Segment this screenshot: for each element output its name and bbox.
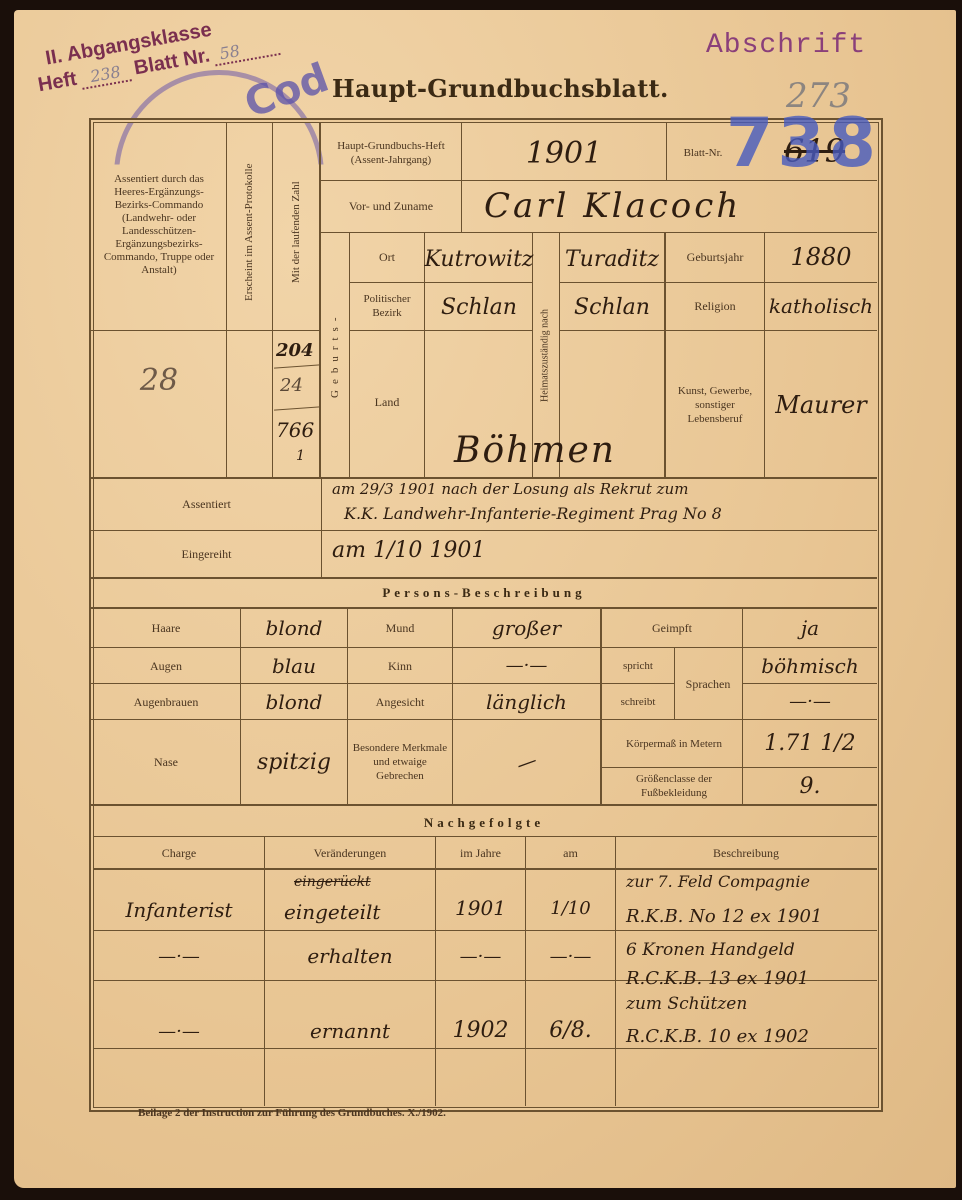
page-title: Haupt-Grundbuchsblatt. xyxy=(332,74,669,103)
beruf-label: Kunst, Gewerbe, sonstiger Lebensberuf xyxy=(667,340,763,470)
heft-value: 238 xyxy=(79,60,132,89)
nase-value: spitzig xyxy=(242,721,346,803)
bezirk-label: Politischer Bezirk xyxy=(351,284,423,328)
row1-beschreibung-1: zur 7. Feld Compagnie xyxy=(626,872,810,891)
row2-am: —·— xyxy=(526,934,615,978)
row1-charge: Infanterist xyxy=(94,892,264,928)
heft-jahrgang-label: Haupt-Grundbuchs-Heft (Assent-Jahrgang) xyxy=(324,128,458,178)
geburtsjahr-label: Geburtsjahr xyxy=(667,234,763,280)
laufende-zahl-3: 766 xyxy=(276,418,314,442)
schreibt-label: schreibt xyxy=(603,685,673,718)
augenbrauen-value: blond xyxy=(242,685,346,718)
col-jahr: im Jahre xyxy=(436,838,525,868)
col-am: am xyxy=(526,838,615,868)
name-value: Carl Klacoch xyxy=(484,186,741,226)
footer-note: Beilage 2 der Instruction zur Führung de… xyxy=(138,1106,446,1120)
col-beschreibung: Beschreibung xyxy=(616,838,876,868)
augen-value: blau xyxy=(242,649,346,682)
augenbrauen-label: Augenbrauen xyxy=(94,685,238,718)
land-label: Land xyxy=(351,332,423,472)
heft-jahrgang-value: 1901 xyxy=(464,128,664,178)
augen-label: Augen xyxy=(94,649,238,682)
abschrift-stamp: Abschrift xyxy=(706,30,866,61)
religion-label: Religion xyxy=(667,284,763,328)
eingereiht-label: Eingereiht xyxy=(94,532,319,576)
laufende-zahl-2: 24 xyxy=(280,375,303,396)
row2-beschreibung-1: 6 Kronen Handgeld xyxy=(626,940,795,960)
row3-beschreibung-1: zum Schützen xyxy=(626,994,747,1014)
row3-jahr: 1902 xyxy=(436,1014,525,1046)
assentiert-durch-label: Assentiert durch das Heeres-Ergänzungs-B… xyxy=(96,160,222,290)
kinn-value: —·— xyxy=(454,649,599,682)
row1-beschreibung-2: R.K.B. No 12 ex 1901 xyxy=(626,906,822,927)
haare-label: Haare xyxy=(94,611,238,645)
beruf-value: Maurer xyxy=(766,380,876,430)
groessenklasse-label: Größenclasse der Fußbekleidung xyxy=(614,769,734,803)
bezirk-heimat-value: Schlan xyxy=(560,286,664,328)
ort-heimat-value: Turaditz xyxy=(560,238,664,280)
row2-charge: —·— xyxy=(94,934,264,978)
eingereiht-value: am 1/10 1901 xyxy=(332,538,485,563)
row3-charge: —·— xyxy=(94,1016,264,1046)
laufende-zahl-1: 204 xyxy=(276,340,314,361)
geburts-group-label: Geburts- xyxy=(322,235,348,475)
spricht-label: spricht xyxy=(603,649,673,682)
row3-am: 6/8. xyxy=(526,1014,615,1046)
row1-veraenderung: eingeteilt xyxy=(284,900,380,924)
laufende-zahl-label: Mit der laufenden Zahl xyxy=(274,140,318,325)
row2-beschreibung-2: R.C.K.B. 13 ex 1901 xyxy=(626,968,809,989)
haare-value: blond xyxy=(242,611,346,645)
row2-jahr: —·— xyxy=(436,934,525,978)
assentiert-line-2: K.K. Landwehr-Infanterie-Regiment Prag N… xyxy=(344,504,722,523)
row1-jahr: 1901 xyxy=(436,890,525,926)
row1-veraenderung-struck: eingerückt xyxy=(294,874,371,890)
row3-veraenderung: ernannt xyxy=(265,1016,435,1046)
koerpermass-value: 1.71 1/2 xyxy=(744,721,876,766)
assentiert-durch-value: 28 xyxy=(96,350,222,410)
row3-beschreibung-2: R.C.K.B. 10 ex 1902 xyxy=(626,1026,809,1047)
document-page: II. Abgangsklasse Heft 238 Blatt Nr. 58 … xyxy=(14,10,956,1188)
geimpft-value: ja xyxy=(744,611,876,645)
schreibt-value: —·— xyxy=(744,685,876,718)
koerpermass-label: Körpermaß in Metern xyxy=(614,721,734,766)
angesicht-label: Angesicht xyxy=(349,685,451,718)
name-label: Vor- und Zuname xyxy=(324,182,458,230)
nachgefolgte-title: Nachgefolgte xyxy=(91,810,877,836)
groessenklasse-value: 9. xyxy=(744,769,876,803)
spricht-value: böhmisch xyxy=(744,649,876,682)
ort-geburt-value: Kutrowitz xyxy=(424,238,534,280)
erscheint-label: Erscheint im Assent-Protokolle xyxy=(228,140,270,325)
row1-am: 1/10 xyxy=(526,890,615,926)
row2-veraenderung: erhalten xyxy=(265,934,435,978)
blue-blatt-stamp: 738 xyxy=(726,104,880,183)
land-value: Böhmen xyxy=(454,430,616,471)
laufende-zahl-4: 1 xyxy=(296,448,305,464)
bezirk-geburt-value: Schlan xyxy=(424,286,534,328)
merkmale-label: Besondere Merkmale und etwaige Gebrechen xyxy=(350,721,450,803)
mund-label: Mund xyxy=(349,611,451,645)
col-veraenderungen: Veränderungen xyxy=(265,838,435,868)
geburtsjahr-value: 1880 xyxy=(766,234,876,280)
religion-value: katholisch xyxy=(766,284,876,328)
sprachen-label: Sprachen xyxy=(676,649,740,718)
geimpft-label: Geimpft xyxy=(603,611,741,645)
kinn-label: Kinn xyxy=(349,649,451,682)
assentiert-label: Assentiert xyxy=(94,480,319,528)
mund-value: großer xyxy=(454,611,599,645)
col-charge: Charge xyxy=(94,838,264,868)
nase-label: Nase xyxy=(94,721,238,803)
ort-label: Ort xyxy=(351,234,423,280)
heft-label: Heft xyxy=(36,68,78,97)
personsbeschreibung-title: Persons-Beschreibung xyxy=(91,580,877,606)
assentiert-line-1: am 29/3 1901 nach der Losung als Rekrut … xyxy=(332,480,688,498)
